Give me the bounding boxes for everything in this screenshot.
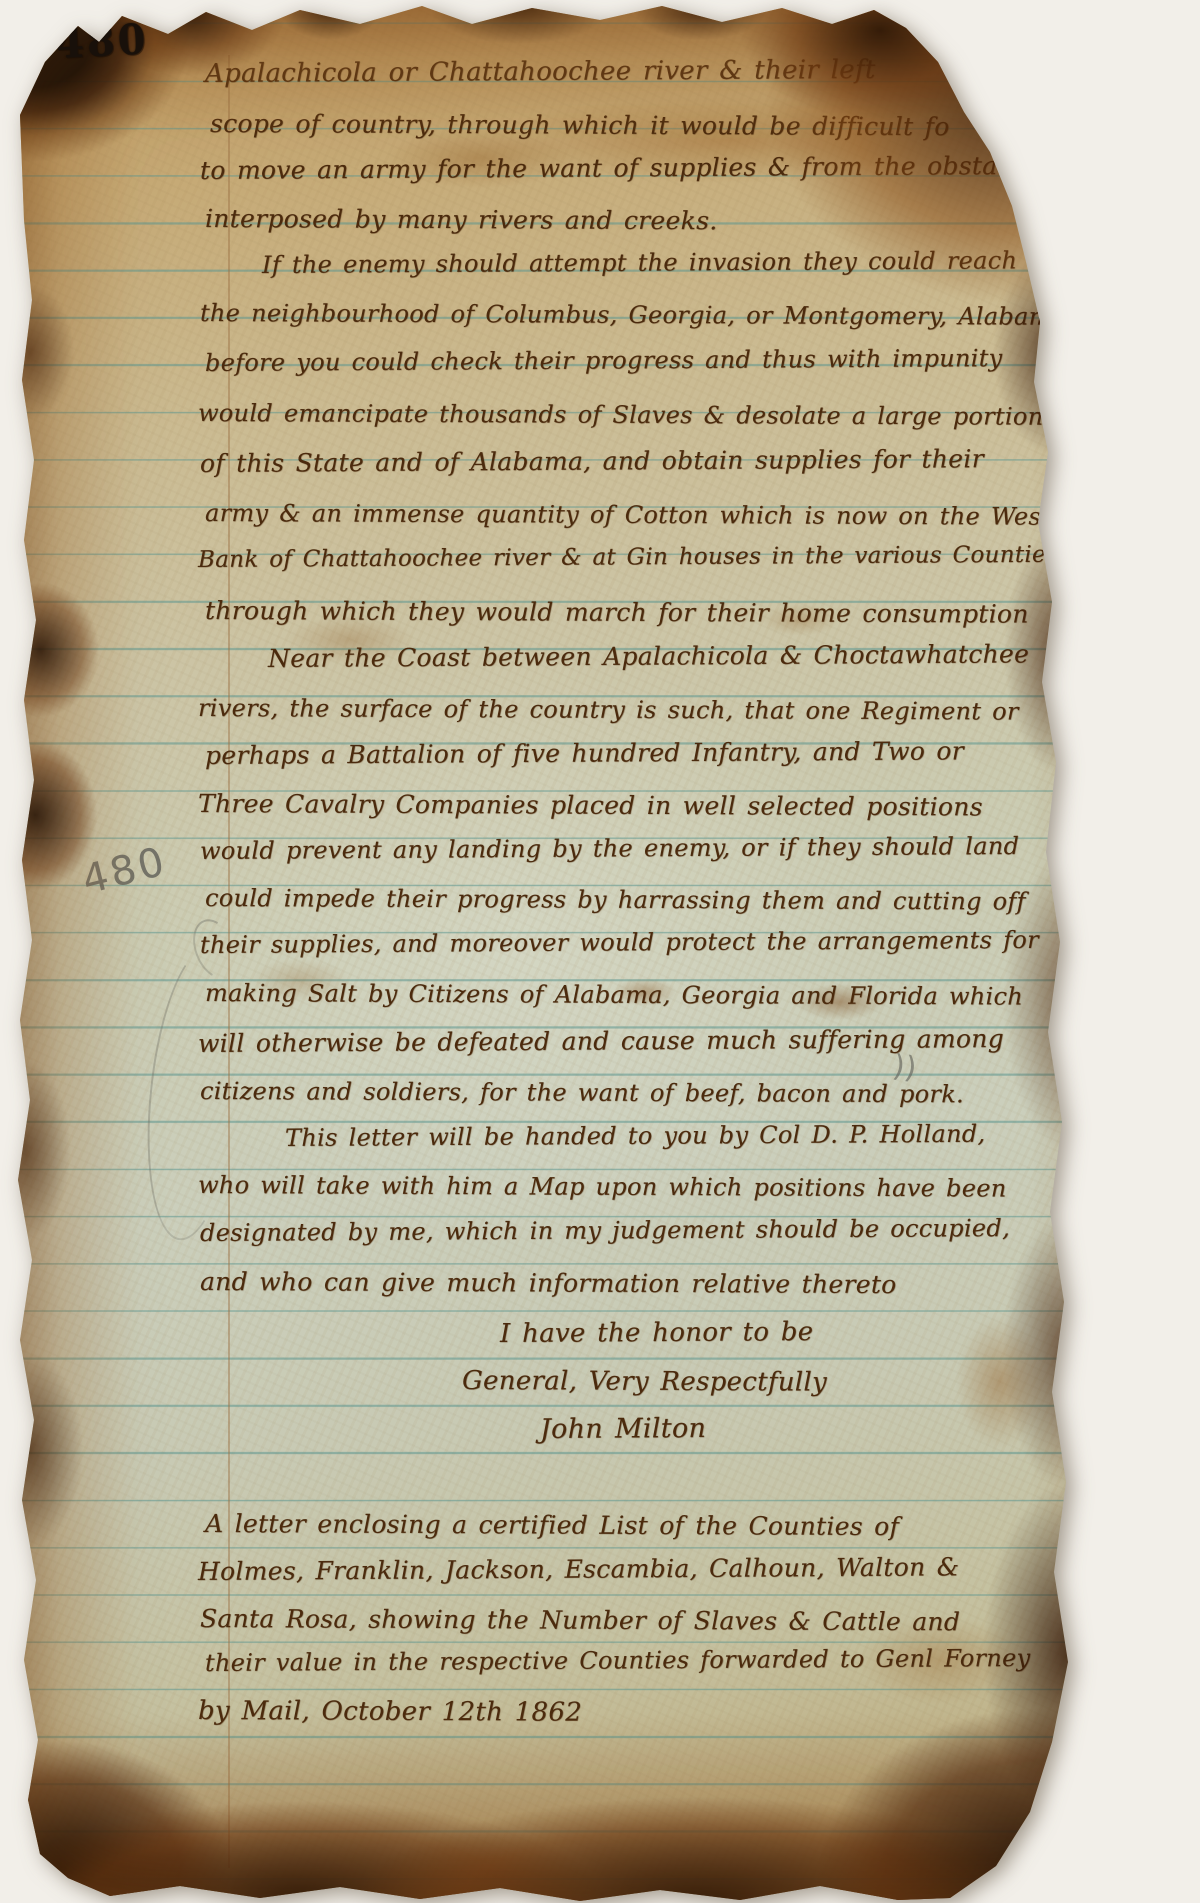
scanned-document: { "document": { "type": "handwritten-let… — [0, 0, 1200, 1903]
handwritten-line: through which they would march for their… — [205, 597, 1029, 628]
handwritten-line: Three Cavalry Companies placed in well s… — [198, 790, 983, 821]
handwritten-line: A letter enclosing a certified List of t… — [205, 1510, 899, 1541]
handwritten-line: Santa Rosa, showing the Number of Slaves… — [200, 1605, 960, 1636]
handwritten-line: who will take with him a Map upon which … — [198, 1172, 1007, 1202]
handwritten-line: by Mail, October 12th 1862 — [198, 1697, 582, 1727]
page-wrapper: 480 )) Apalachicola or Chattahoochee riv… — [0, 0, 1200, 1903]
handwritten-line: scope of country, through which it would… — [210, 110, 950, 141]
handwritten-line: their supplies, and moreover would prote… — [200, 927, 1039, 959]
letter-body: Apalachicola or Chattahoochee river & th… — [0, 0, 1200, 1903]
handwritten-line: If the enemy should attempt the invasion… — [262, 247, 1017, 278]
manuscript-page: 480 )) Apalachicola or Chattahoochee riv… — [0, 0, 1200, 1903]
handwritten-line: This letter will be handed to you by Col… — [285, 1121, 986, 1152]
handwritten-line: before you could check their progress an… — [205, 345, 1003, 376]
handwritten-line: citizens and soldiers, for the want of b… — [200, 1078, 964, 1108]
handwritten-line: I have the honor to be — [500, 1318, 814, 1349]
handwritten-line: would emancipate thousands of Slaves & d… — [198, 400, 1043, 430]
handwritten-line: of this State and of Alabama, and obtain… — [200, 445, 984, 477]
handwritten-line: would prevent any landing by the enemy, … — [200, 833, 1019, 864]
handwritten-line: to move an army for the want of supplies… — [200, 152, 998, 184]
handwritten-line: perhaps a Battalion of five hundred Infa… — [205, 737, 964, 769]
handwritten-line: their value in the respective Counties f… — [205, 1645, 1031, 1676]
handwritten-line: rivers, the surface of the country is su… — [198, 695, 1019, 725]
handwritten-line: making Salt by Citizens of Alabama, Geor… — [205, 980, 1023, 1010]
handwritten-line: General, Very Respectfully — [462, 1367, 827, 1397]
handwritten-line: Holmes, Franklin, Jackson, Escambia, Cal… — [198, 1553, 959, 1585]
handwritten-line: Bank of Chattahoochee river & at Gin hou… — [198, 543, 1058, 574]
handwritten-line: Apalachicola or Chattahoochee river & th… — [205, 56, 876, 89]
page-number-stamp: 480 — [55, 14, 150, 68]
handwritten-line: Near the Coast between Apalachicola & Ch… — [268, 640, 1029, 672]
handwritten-line: the neighbourhood of Columbus, Georgia, … — [200, 300, 1066, 330]
handwritten-line: will otherwise be defeated and cause muc… — [198, 1025, 1004, 1057]
handwritten-line: and who can give much information relati… — [200, 1268, 897, 1299]
handwritten-line: interposed by many rivers and creeks. — [205, 205, 718, 235]
handwritten-line: designated by me, which in my judgement … — [200, 1215, 1010, 1246]
handwritten-line: could impede their progress by harrassin… — [205, 885, 1026, 915]
handwritten-line: army & an immense quantity of Cotton whi… — [205, 500, 1051, 530]
handwritten-line: John Milton — [540, 1414, 706, 1445]
